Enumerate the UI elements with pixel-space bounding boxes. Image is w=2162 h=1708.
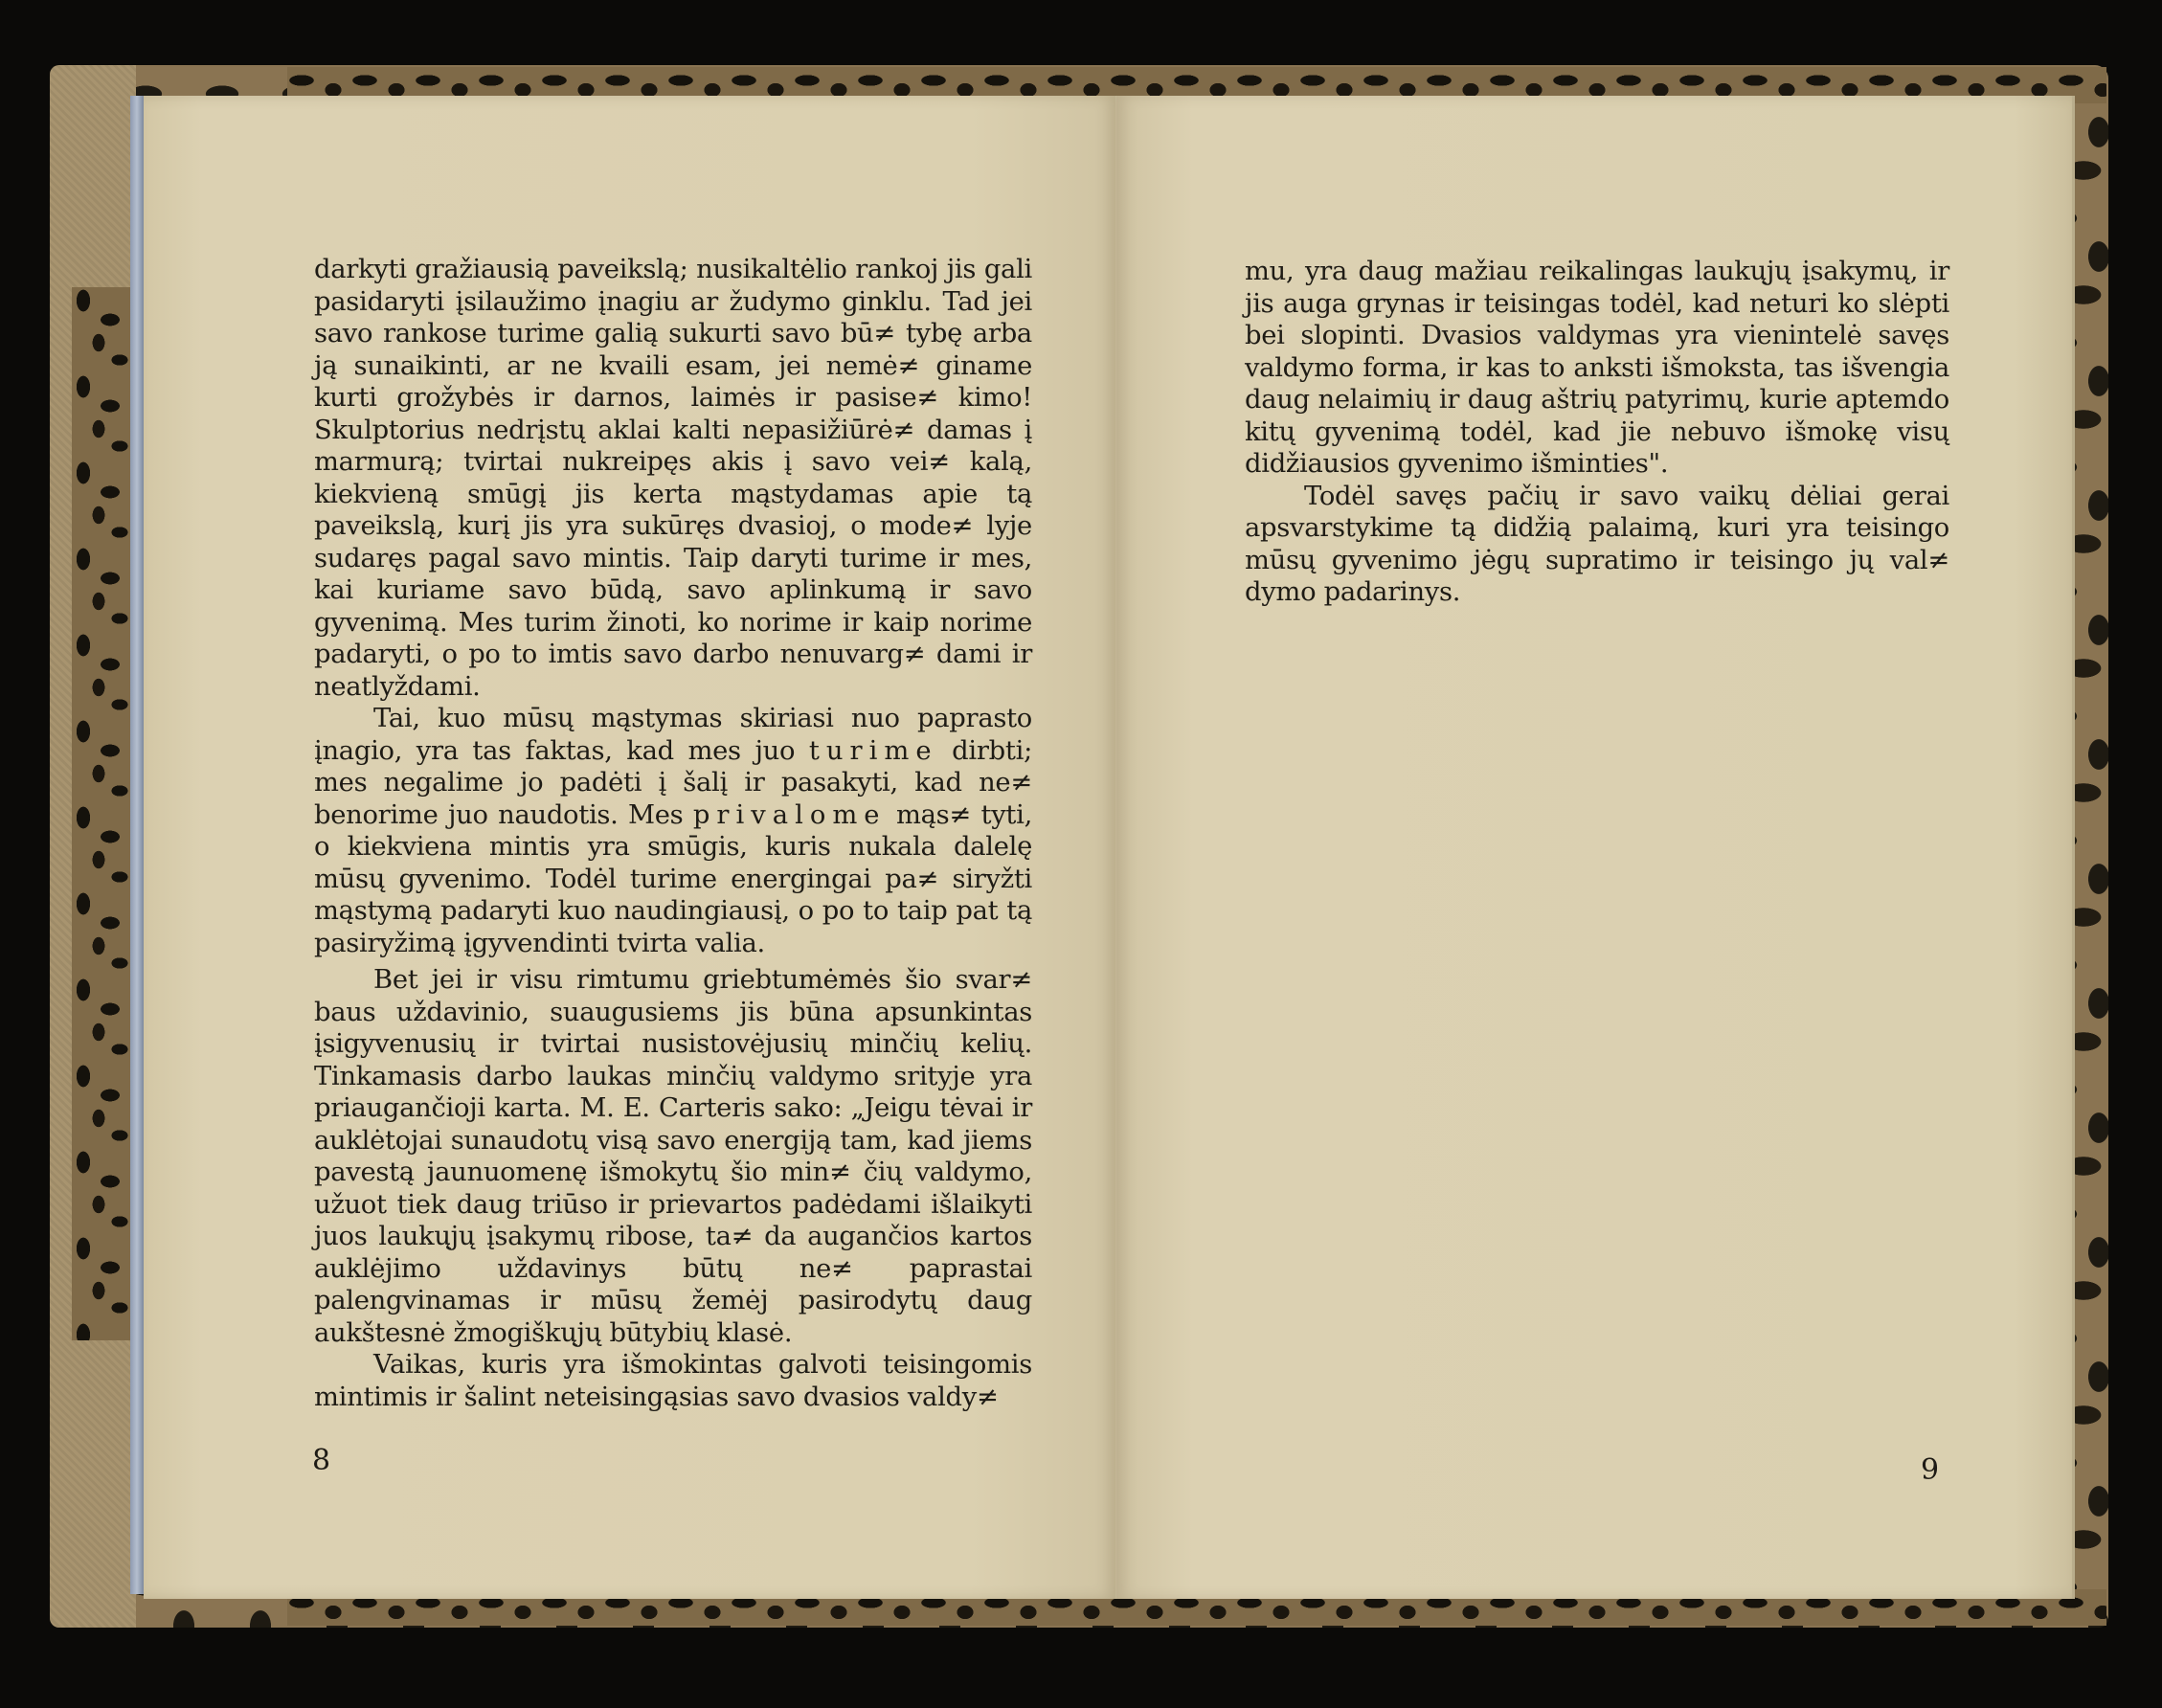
paragraph: Vaikas, kuris yra išmokintas galvoti tei… [314, 1349, 1032, 1413]
text-line: dymo padarinys. [1245, 577, 1460, 607]
page-number: 9 [1921, 1453, 1939, 1487]
text-line: Tai, kuo mūsų mąstymas skiriasi nuo papr… [373, 704, 1032, 733]
right-page-text: mu, yra daug mažiau reikalingas laukųjų … [1245, 256, 1949, 609]
paragraph: darkyti gražiausią paveikslą; nusikaltėl… [314, 254, 1032, 703]
text-line: mes negalime jo padėti į šalį ir pasakyt… [314, 768, 1032, 798]
paragraph: Todėl savęs pačių ir savo vaikų dėliai g… [1245, 481, 1949, 609]
text-fragment: įnagio, yra tas faktas, kad mes juo [314, 736, 809, 766]
text-line: Bet jei ir visu rimtumu griebtumėmės šio… [373, 965, 1032, 995]
text-fragment: benorime juo naudotis. Mes [314, 800, 693, 830]
paragraph: Bet jei ir visu rimtumu griebtumėmės šio… [314, 964, 1032, 1349]
text-line: Vaikas, kuris yra išmokintas galvoti tei… [373, 1350, 1032, 1380]
page-number: 8 [312, 1444, 330, 1477]
text-line: darkyti gražiausią paveikslą; nusikaltėl… [314, 255, 976, 284]
text-line: apsvarstykime tą didžią palaimą, kuri yr… [1245, 513, 1949, 543]
paragraph: mu, yra daug mažiau reikalingas laukųjų … [1245, 256, 1949, 481]
emphasized-word: privalome [693, 800, 887, 830]
text-line: Tinkamasis darbo laukas minčių valdymo s… [314, 1062, 1032, 1091]
text-fragment: dirbti; [938, 736, 1032, 766]
endpaper-edge [130, 96, 144, 1594]
text-line: priaugančioji karta. M. E. Carteris sako… [314, 1093, 931, 1123]
text-fragment: mąs≠ [887, 800, 972, 830]
text-line: mu, yra daug mažiau reikalingas laukųjų … [1245, 257, 1918, 286]
text-line: įsigyvenusių ir tvirtai nusistovėjusių m… [314, 1029, 1032, 1059]
emphasized-word: turime [809, 736, 938, 766]
text-line: baus uždavinio, suaugusiems jis būna aps… [314, 998, 1032, 1027]
paragraph: Tai, kuo mūsų mąstymas skiriasi nuo papr… [314, 703, 1032, 959]
left-page: darkyti gražiausią paveikslą; nusikaltėl… [144, 96, 1116, 1599]
text-line: Todėl savęs pačių ir savo vaikų dėliai g… [1304, 482, 1949, 511]
cover-marbled-board [72, 287, 134, 1340]
left-page-text: darkyti gražiausią paveikslą; nusikaltėl… [314, 254, 1032, 1413]
text-line: mūsų gyvenimo jėgų supratimo ir teisingo… [1245, 546, 1949, 575]
right-page: mu, yra daug mažiau reikalingas laukųjų … [1116, 96, 2075, 1599]
text-line: mintimis ir šalint neteisingąsias savo d… [314, 1382, 999, 1412]
